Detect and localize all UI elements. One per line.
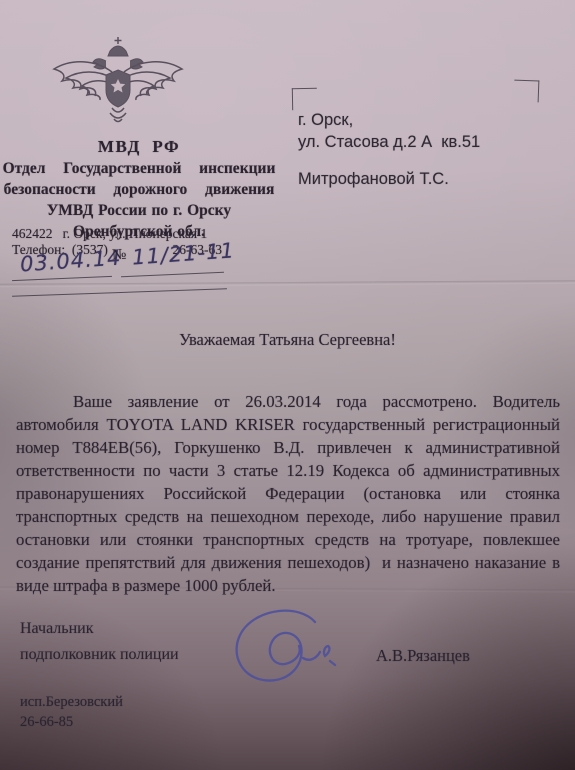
recipient-street: ул. Стасова д.2 А кв.51 xyxy=(298,132,548,154)
org-name-line: МВД РФ xyxy=(0,136,278,158)
date-underline xyxy=(12,276,112,281)
signer-title-line2: подполковник полиции xyxy=(20,642,179,668)
org-name-line: Отдел Государственной инспекции xyxy=(0,158,278,179)
signer-title-line1: Начальник xyxy=(20,616,179,642)
signer-title: Начальник подполковник полиции xyxy=(20,616,179,668)
recipient-block: г. Орск, ул. Стасова д.2 А кв.51 Митрофа… xyxy=(298,110,548,191)
recipient-name: Митрофановой Т.С. xyxy=(298,169,548,191)
org-name-line: УМВД России по г. Орску xyxy=(0,200,278,221)
photographed-letter: МВД РФ Отдел Государственной инспекции б… xyxy=(0,0,575,770)
executor-name: исп.Березовский xyxy=(20,692,123,712)
body-paragraph: Ваше заявление от 26.03.2014 года рассмо… xyxy=(16,390,560,597)
org-name-line: безопасности дорожного движения xyxy=(0,179,278,200)
address-corner-mark-left xyxy=(292,88,317,110)
executor-phone: 26-66-85 xyxy=(20,712,123,732)
number-underline xyxy=(121,272,224,277)
address-corner-mark-right xyxy=(514,80,540,103)
handwritten-signature-icon xyxy=(225,600,355,700)
signer-name: А.В.Рязанцев xyxy=(376,646,470,666)
executor-block: исп.Березовский 26-66-85 xyxy=(20,692,123,732)
paper-fold-crease xyxy=(0,280,575,288)
number-sign-label: № xyxy=(112,247,127,265)
form-rule-line xyxy=(12,288,227,297)
salutation: Уважаемая Татьяна Сергеевна! xyxy=(0,330,575,350)
mvd-double-headed-eagle-icon xyxy=(48,34,188,134)
recipient-city: г. Орск, xyxy=(298,110,548,132)
